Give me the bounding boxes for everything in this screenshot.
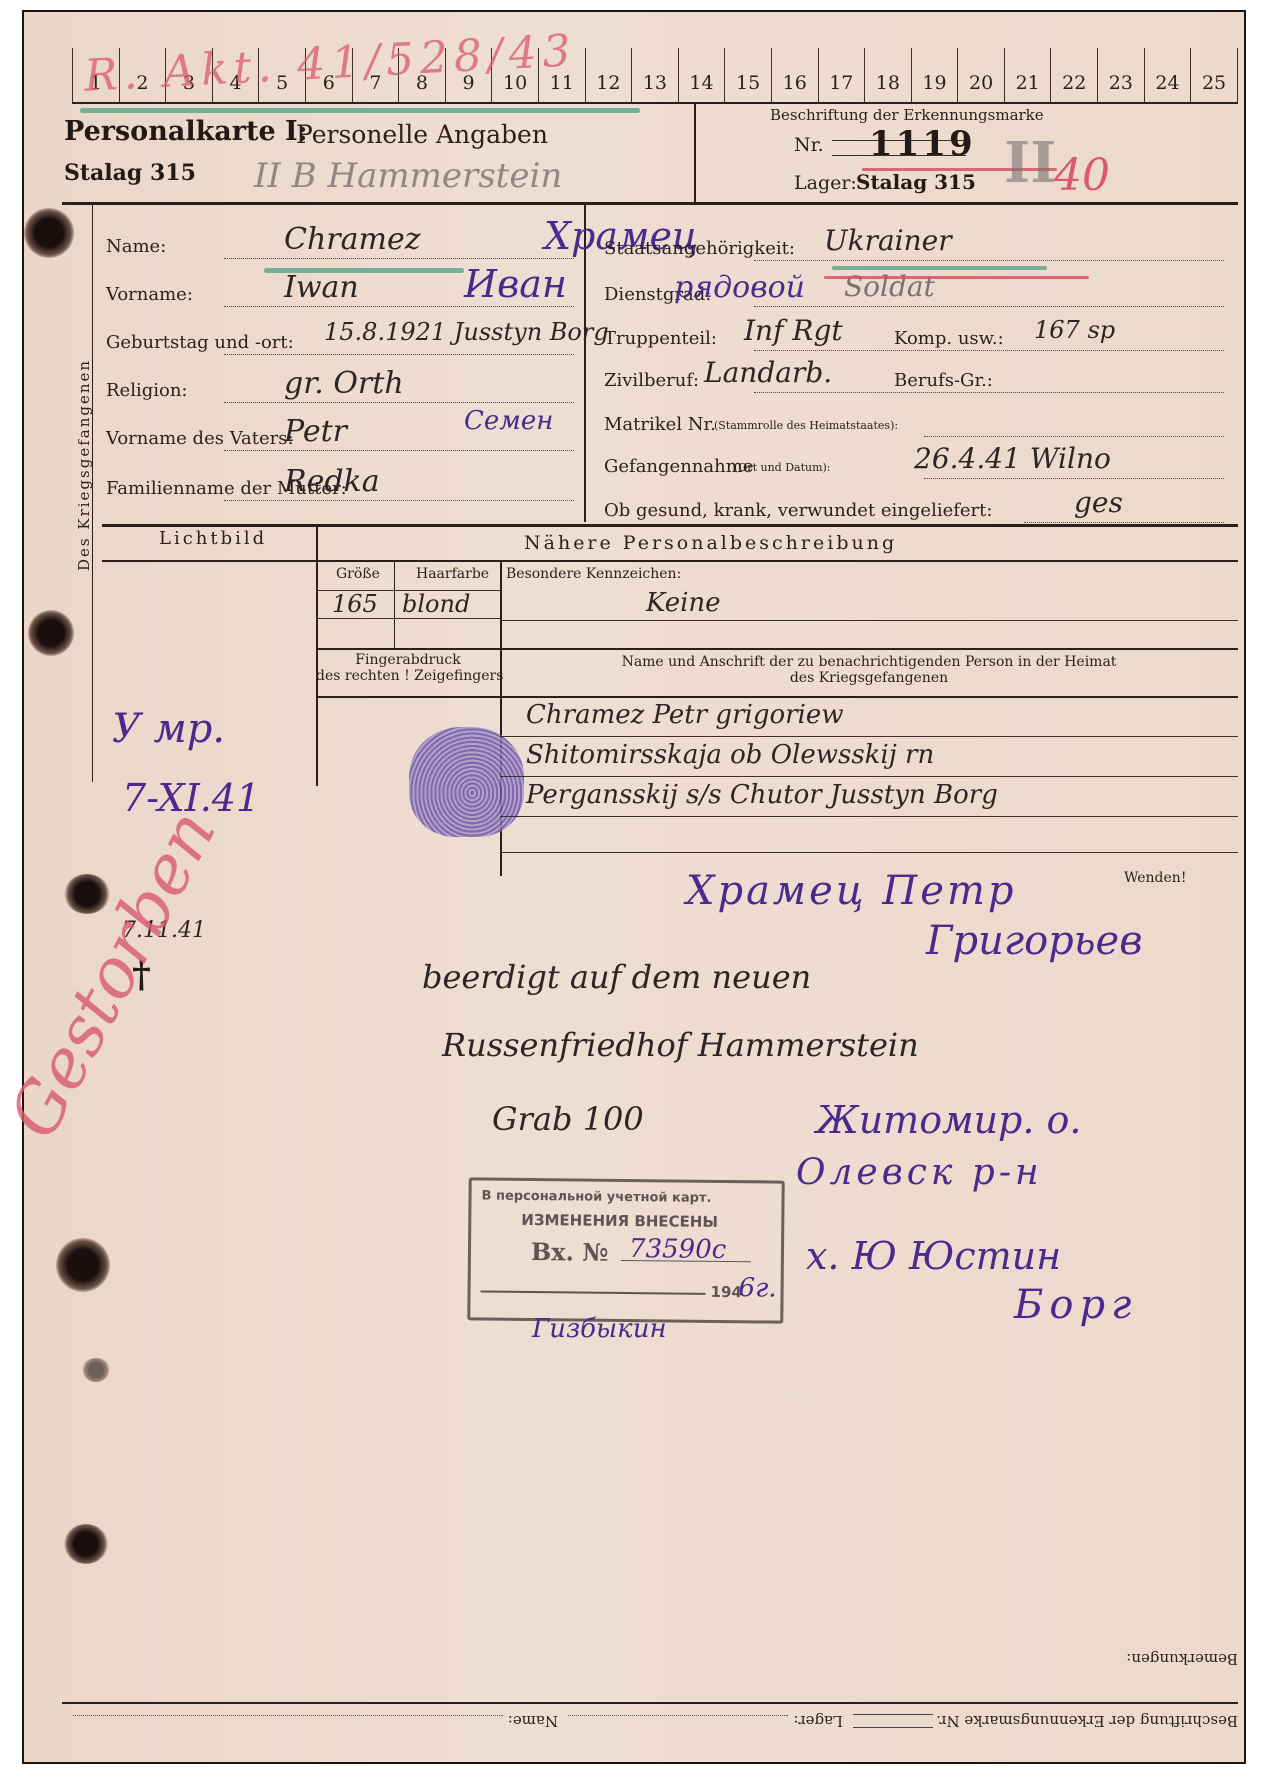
contact-line: Chramez Petr grigoriew (526, 700, 844, 730)
number-cell: 12 (585, 48, 632, 102)
size-label: Größe (336, 566, 380, 582)
address-ru-3: х. Ю Юстин (806, 1234, 1061, 1278)
field-value: Inf Rgt (744, 314, 843, 347)
id-nr-value: 1119 (869, 124, 976, 164)
field-value: Landarb. (704, 356, 832, 389)
field-value: ges (1074, 486, 1123, 519)
field-label: Staatsangehörigkeit: (604, 238, 795, 259)
field-label: Gefangennahme (604, 456, 753, 477)
stamp-year-prefix: 194 (710, 1283, 741, 1301)
footer-name-label: Name: (508, 1712, 558, 1730)
field-value: Ukrainer (824, 224, 952, 257)
number-cell: 25 (1190, 48, 1238, 102)
address-ru-4: Борг (1014, 1282, 1137, 1328)
card-title: Personalkarte I: (64, 116, 308, 147)
contact-heading-line-1: Name und Anschrift der zu benachrichtige… (500, 654, 1238, 670)
camp-handwritten: II B Hammerstein (254, 156, 562, 196)
field-label: Ob gesund, krank, verwundet eingeliefert… (604, 500, 992, 521)
number-cell: 21 (1004, 48, 1051, 102)
address-ru-1: Житомир. о. (816, 1098, 1082, 1142)
photo-heading: Lichtbild (159, 528, 267, 549)
red-signature: Gestorben (0, 798, 232, 1151)
number-cell: 22 (1050, 48, 1097, 102)
stamp-line-1: В персональной учетной карт. (481, 1188, 711, 1205)
side-label: Des Kriegsgefangenen (75, 371, 93, 571)
field-value: 26.4.41 Wilno (914, 442, 1111, 475)
number-cell: 23 (1097, 48, 1144, 102)
fingerprint-label-line-2: des rechten ! Zeigefingers (316, 668, 500, 684)
footer-id-label: Beschriftung der Erkennungsmarke Nr. (936, 1712, 1238, 1730)
footer-upside-down: Beschriftung der Erkennungsmarke Nr. Lag… (62, 1628, 1238, 1738)
field-sublabel: (Ort und Datum): (734, 461, 831, 474)
field-value: Petr (284, 414, 347, 449)
field-label: Zivilberuf: (604, 370, 699, 391)
marks-value: Keine (646, 588, 721, 618)
burial-line-3: Grab 100 (492, 1100, 644, 1138)
stamp-year-suffix: 6г. (738, 1273, 776, 1303)
field-annotation: Иван (464, 262, 567, 306)
field-value: 15.8.1921 Jusstyn Borg (324, 318, 609, 346)
field-extra-label: Komp. usw.: (894, 328, 1004, 349)
number-cell: 20 (957, 48, 1004, 102)
punch-hole (56, 1238, 110, 1292)
field-label: Name: (106, 236, 166, 257)
field-value: gr. Orth (284, 366, 404, 401)
fingerprint (409, 727, 524, 837)
field-annotation: рядовой (674, 270, 805, 305)
personnel-card: 1234567891011121314151617181920212223242… (22, 10, 1246, 1764)
contact-line: Pergansskij s/s Chutor Jusstyn Borg (526, 780, 998, 810)
section-heading: Nähere Personalbeschreibung (524, 532, 897, 554)
burial-line-1: beerdigt auf dem neuen (422, 958, 811, 996)
russian-name-2: Григорьев (926, 918, 1142, 964)
number-cell: 14 (678, 48, 725, 102)
photo-note-1: У мр. (112, 706, 225, 752)
turn-label: Wenden! (1124, 870, 1186, 886)
number-cell: 24 (1144, 48, 1191, 102)
field-label: Truppenteil: (604, 328, 717, 349)
number-cell: 13 (631, 48, 678, 102)
marks-label: Besondere Kennzeichen: (506, 566, 681, 582)
number-cell: 17 (818, 48, 865, 102)
camp-label: Stalag 315 (64, 160, 196, 186)
russian-name-1: Храмец Петр (686, 868, 1016, 914)
registry-stamp: В персональной учетной карт. ИЗМЕНЕНИЯ В… (467, 1177, 784, 1323)
contact-heading-line-2: des Kriegsgefangenen (500, 670, 1238, 686)
contact-heading: Name und Anschrift der zu benachrichtige… (500, 654, 1238, 686)
card-subtitle: Personelle Angaben (296, 120, 548, 149)
contact-line: Shitomirsskaja ob Olewsskij rn (526, 740, 934, 770)
stamp-number-label: Вх. № (531, 1237, 609, 1267)
fingerprint-label-line-1: Fingerabdruck (316, 652, 500, 668)
field-label: Vorname: (106, 284, 193, 305)
field-value: Soldat (844, 270, 935, 303)
number-cell: 18 (864, 48, 911, 102)
hair-label: Haarfarbe (416, 566, 489, 582)
id-nr-label: Nr. (794, 134, 824, 156)
punch-hole (28, 610, 74, 656)
field-sublabel: (Stammrolle des Heimatstaates): (714, 419, 898, 432)
number-cell: 15 (724, 48, 771, 102)
field-label: Matrikel Nr. (604, 414, 716, 435)
stamp-line-2: ИЗМЕНЕНИЯ ВНЕСЕНЫ (521, 1211, 718, 1231)
size-value: 165 (332, 590, 378, 618)
field-label: Geburtstag und -ort: (106, 332, 294, 353)
punch-hole (82, 1358, 110, 1382)
id-nr-new: 40 (1054, 150, 1110, 201)
stamp-signature: Гизбыкин (532, 1314, 667, 1344)
field-label: Vorname des Vaters: (106, 428, 294, 449)
burial-line-2: Russenfriedhof Hammerstein (442, 1026, 919, 1064)
address-ru-2: Олевск р-н (796, 1152, 1043, 1193)
stamp-number-value: 73590с (629, 1234, 727, 1265)
lager-value: Stalag 315 (856, 170, 976, 194)
id-tag-heading: Beschriftung der Erkennungsmarke (770, 106, 1044, 124)
field-value: Chramez (284, 222, 421, 257)
field-value: Iwan (284, 270, 359, 305)
field-extra-value: 167 sp (1034, 316, 1115, 344)
hair-value: blond (402, 590, 470, 618)
lager-overstamp: II (1004, 130, 1056, 196)
field-extra-label: Berufs-Gr.: (894, 370, 993, 391)
punch-hole (64, 1524, 108, 1564)
punch-hole (24, 208, 74, 258)
footer-remarks-label: Bemerkungen: (1126, 1650, 1238, 1668)
field-value: Redka (284, 464, 380, 499)
fingerprint-label: Fingerabdruck des rechten ! Zeigefingers (316, 652, 500, 684)
field-annotation: Семен (464, 406, 553, 436)
lager-label: Lager: (794, 172, 857, 194)
footer-lager-label: Lager: (793, 1712, 843, 1730)
punch-hole (64, 874, 110, 914)
field-label: Religion: (106, 380, 188, 401)
number-cell: 19 (911, 48, 958, 102)
number-cell: 16 (771, 48, 818, 102)
